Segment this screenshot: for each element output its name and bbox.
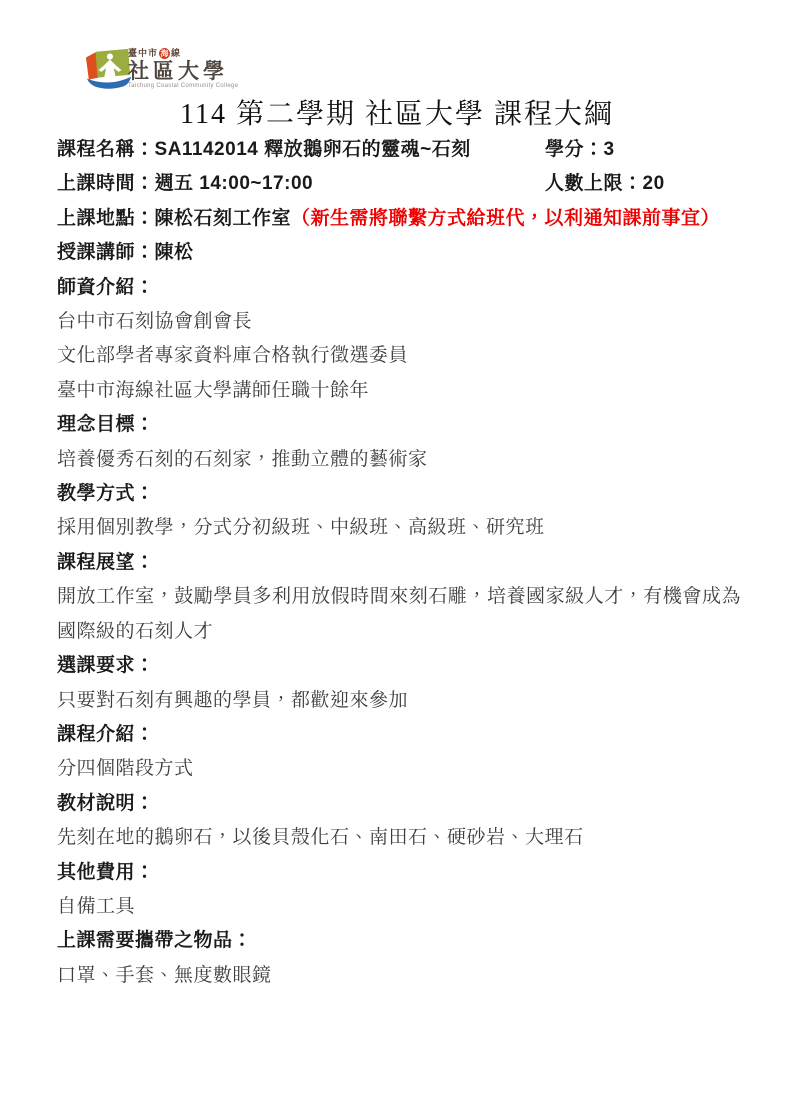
course-name-label: 課程名稱：: [57, 139, 155, 160]
section-line: 臺中市海線社區大學講師任職十餘年: [57, 374, 741, 408]
location-label: 上課地點：: [57, 208, 155, 229]
section-heading-other-fees: 其他費用：: [57, 856, 741, 890]
credits-label: 學分：: [545, 139, 604, 160]
class-time-value: 週五 14:00~17:00: [155, 173, 314, 194]
content: 課程名稱：SA1142014 釋放鵝卵石的靈魂~石刻 學分：3 上課時間：週五 …: [57, 133, 741, 993]
page-title: 114 第二學期 社區大學 課程大綱: [0, 92, 794, 132]
section-heading-course-intro: 課程介紹：: [57, 718, 741, 752]
logo: 臺中市 海 線 社區大學 Taichung Coastal Community …: [85, 47, 238, 93]
course-name-row: 課程名稱：SA1142014 釋放鵝卵石的靈魂~石刻 學分：3: [57, 133, 741, 167]
instructor-label: 授課講師：: [57, 242, 155, 263]
logo-badge: 海: [159, 48, 170, 59]
section-line: 先刻在地的鵝卵石，以後貝殼化石、南田石、硬砂岩、大理石: [57, 821, 741, 855]
logo-org-prefix: 臺中市: [128, 48, 158, 59]
section-heading-outlook: 課程展望：: [57, 546, 741, 580]
logo-org-suffix: 線: [171, 48, 181, 59]
instructor-value: 陳松: [155, 242, 194, 263]
document-page: 臺中市 海 線 社區大學 Taichung Coastal Community …: [0, 0, 794, 1100]
location-value: 陳松石刻工作室: [155, 208, 292, 229]
capacity-label: 人數上限：: [545, 173, 643, 194]
capacity-value: 20: [643, 173, 665, 194]
open-book-figure-icon: [85, 47, 133, 93]
section-heading-goals: 理念目標：: [57, 408, 741, 442]
section-line: 只要對石刻有興趣的學員，都歡迎來參加: [57, 684, 741, 718]
section-line: 台中市石刻協會創會長: [57, 305, 741, 339]
logo-org-line: 臺中市 海 線: [128, 48, 238, 59]
section-heading-teacher-intro: 師資介紹：: [57, 271, 741, 305]
logo-org-name: 社區大學: [128, 59, 238, 83]
capacity: 人數上限：20: [545, 167, 665, 201]
section-heading-materials: 教材說明：: [57, 787, 741, 821]
credits-value: 3: [604, 139, 615, 160]
credits: 學分：3: [545, 133, 615, 167]
logo-org-english: Taichung Coastal Community College: [128, 83, 238, 90]
logo-badge-char: 海: [161, 48, 169, 59]
class-time-label: 上課時間：: [57, 173, 155, 194]
section-heading-items-to-bring: 上課需要攜帶之物品：: [57, 924, 741, 958]
section-heading-teaching-method: 教學方式：: [57, 477, 741, 511]
section-line: 文化部學者專家資料庫合格執行徵選委員: [57, 339, 741, 373]
section-line: 分四個階段方式: [57, 752, 741, 786]
section-line: 自備工具: [57, 890, 741, 924]
section-heading-requirements: 選課要求：: [57, 649, 741, 683]
section-line: 口罩、手套、無度數眼鏡: [57, 959, 741, 993]
class-time-row: 上課時間：週五 14:00~17:00 人數上限：20: [57, 167, 741, 201]
section-line: 培養優秀石刻的石刻家，推動立體的藝術家: [57, 443, 741, 477]
section-line: 採用個別教學，分式分初級班、中級班、高級班、研究班: [57, 511, 741, 545]
section-line: 開放工作室，鼓勵學員多利用放假時間來刻石雕，培養國家級人才，有機會成為國際級的石…: [57, 580, 741, 649]
location-row: 上課地點：陳松石刻工作室（新生需將聯繫方式給班代，以利通知課前事宜）: [57, 202, 741, 236]
location-note: （新生需將聯繫方式給班代，以利通知課前事宜）: [291, 208, 720, 229]
course-name-value: SA1142014 釋放鵝卵石的靈魂~石刻: [155, 139, 471, 160]
logo-text: 臺中市 海 線 社區大學 Taichung Coastal Community …: [128, 47, 238, 90]
instructor-row: 授課講師：陳松: [57, 236, 741, 270]
